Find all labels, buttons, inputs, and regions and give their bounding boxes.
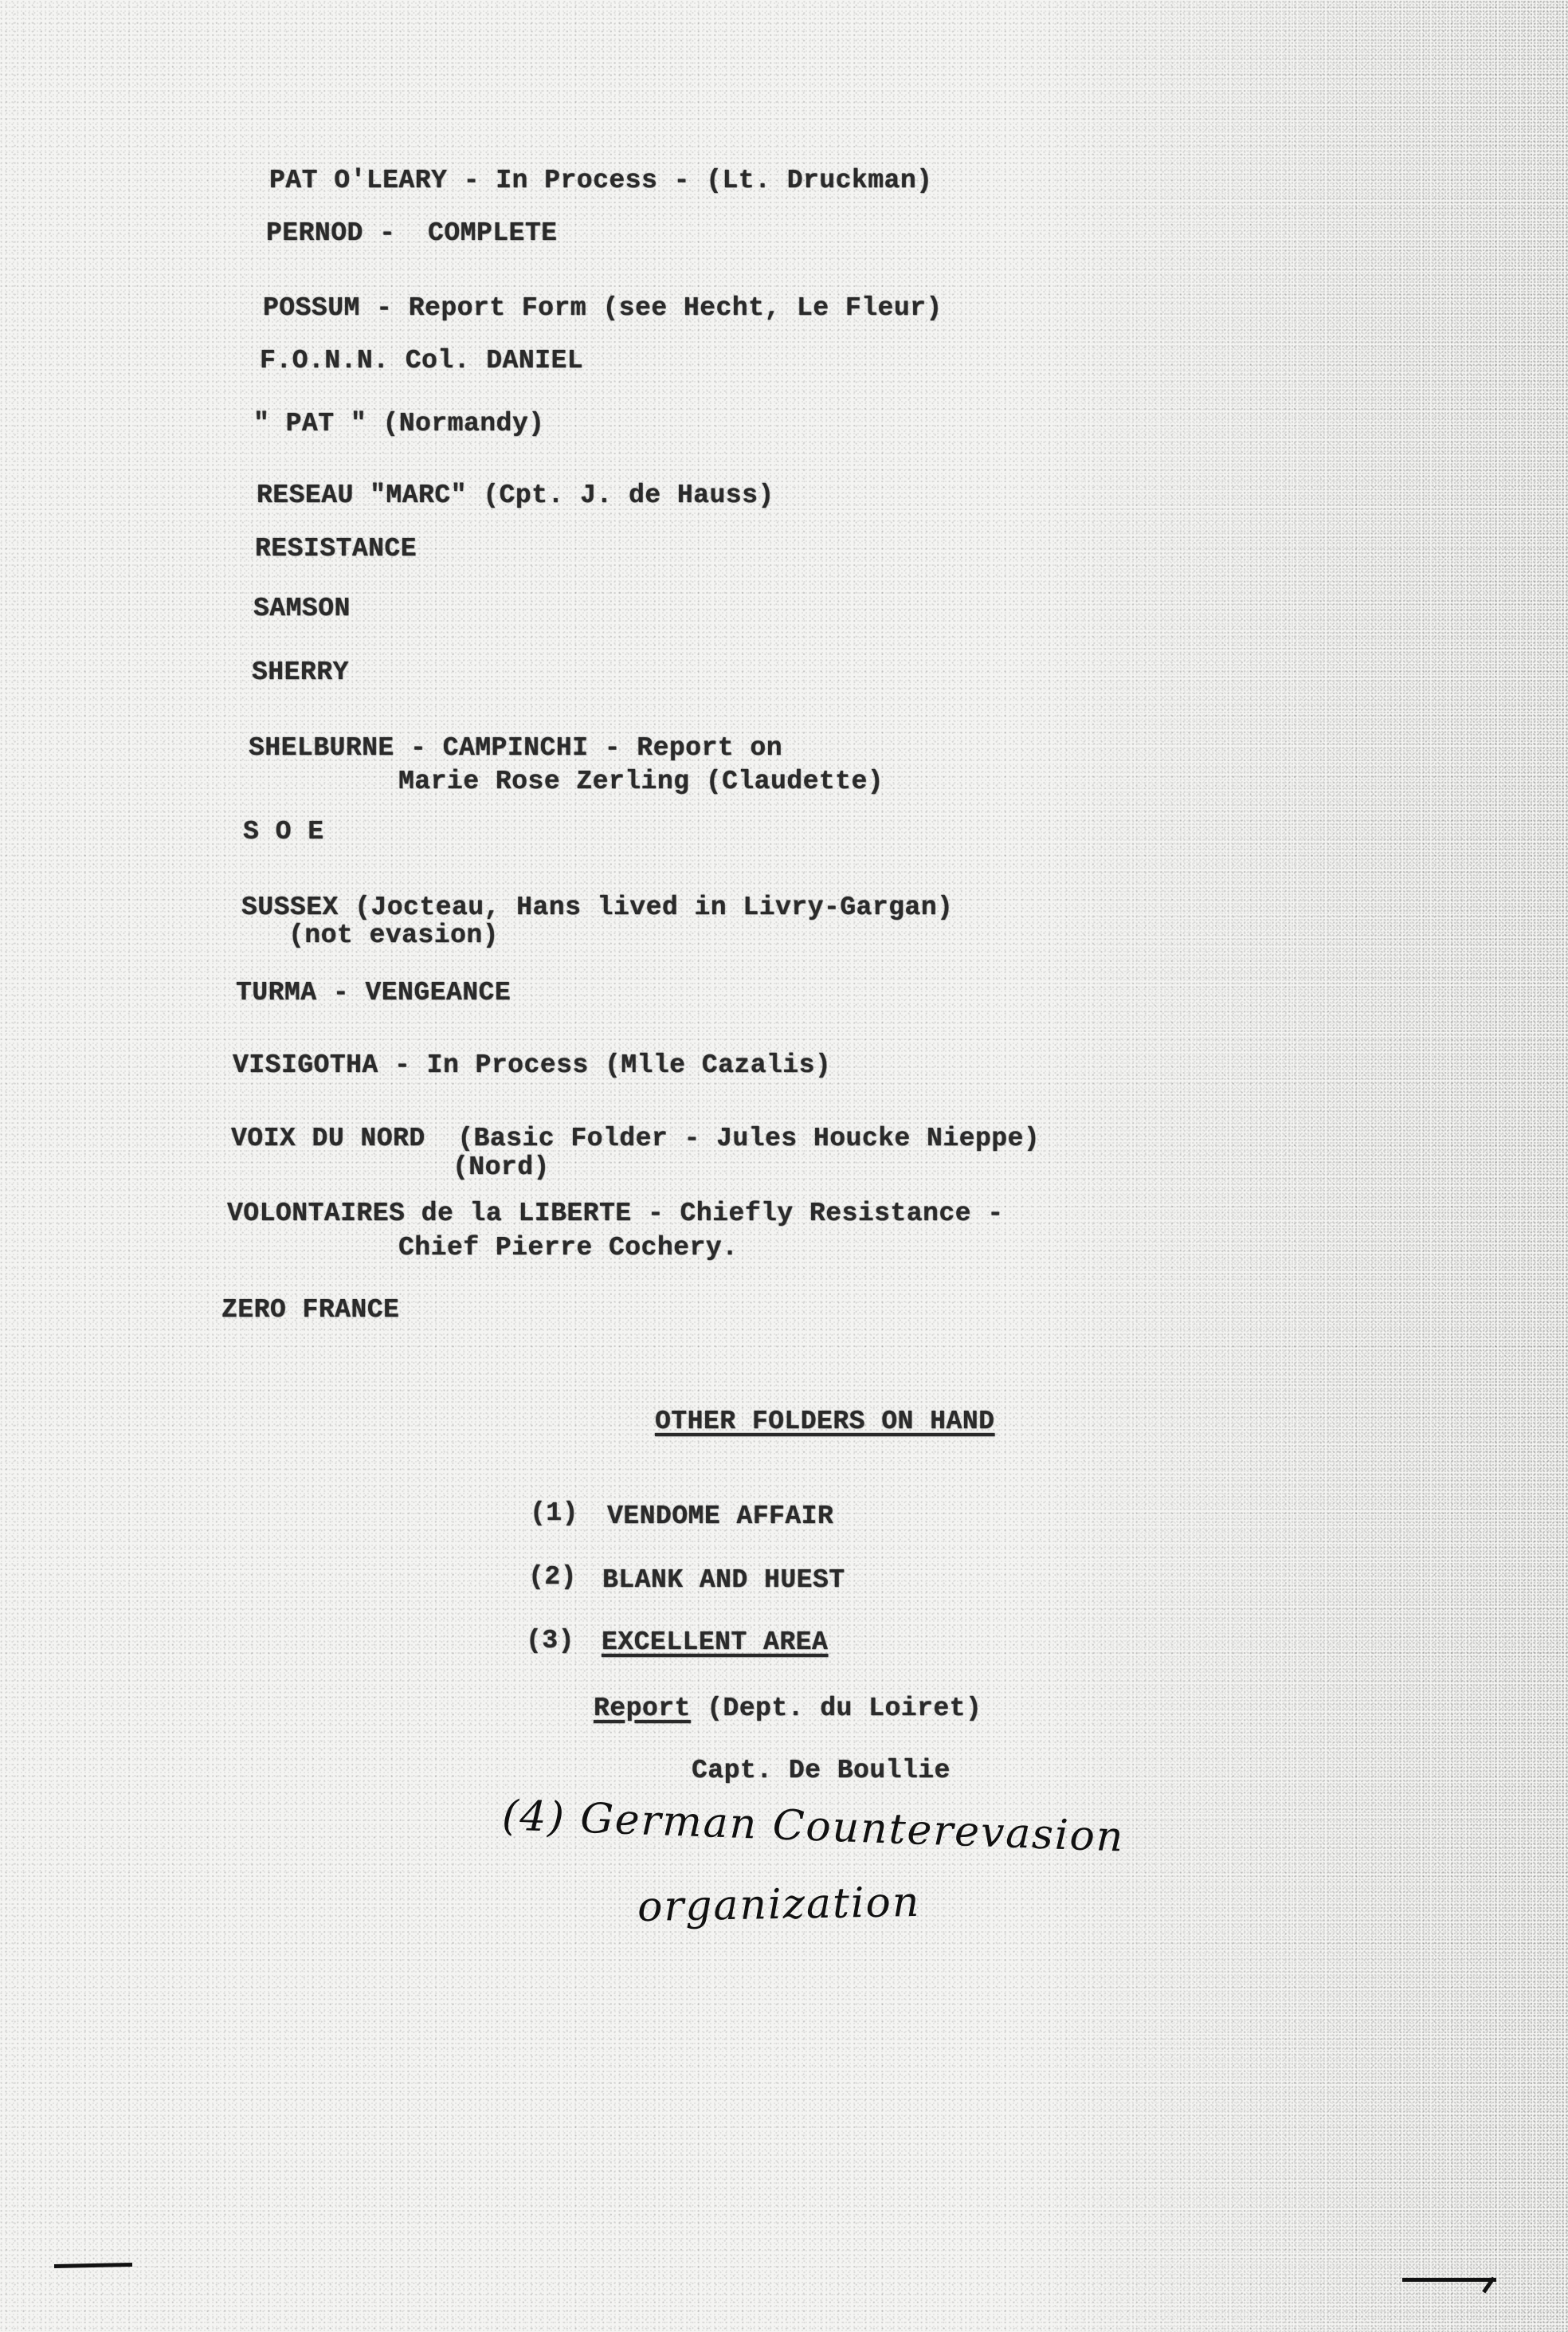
entry-samson: SAMSON <box>253 594 351 623</box>
entry-voix-du-nord: VOIX DU NORD (Basic Folder - Jules Houck… <box>231 1124 1040 1153</box>
margin-mark-right <box>1402 2278 1496 2282</box>
margin-mark-left <box>54 2263 132 2268</box>
other-folders-heading: OTHER FOLDERS ON HAND <box>655 1407 994 1436</box>
entry-turma: TURMA - VENGEANCE <box>236 978 511 1007</box>
handwritten-line-1: (4) German Counterevasion <box>501 1792 1125 1861</box>
entry-volontaires-continuation: Chief Pierre Cochery. <box>398 1233 738 1262</box>
entry-possum: POSSUM - Report Form (see Hecht, Le Fleu… <box>263 293 943 323</box>
entry-pernod: PERNOD - COMPLETE <box>266 218 557 248</box>
entry-sussex: SUSSEX (Jocteau, Hans lived in Livry-Gar… <box>241 893 953 922</box>
report-line: Report (Dept. du Loiret) <box>594 1694 982 1723</box>
entry-reseau-marc: RESEAU "MARC" (Cpt. J. de Hauss) <box>257 481 774 510</box>
entry-soe: S O E <box>243 817 324 846</box>
entry-volontaires: VOLONTAIRES de la LIBERTE - Chiefly Resi… <box>227 1199 1004 1228</box>
report-department: (Dept. du Loiret) <box>691 1694 982 1723</box>
entry-visigotha: VISIGOTHA - In Process (Mlle Cazalis) <box>233 1050 831 1080</box>
entry-fonn: F.O.N.N. Col. DANIEL <box>260 346 583 375</box>
report-word: Report <box>594 1694 691 1723</box>
entry-voix-du-nord-continuation: (Nord) <box>453 1152 550 1182</box>
entry-zero-france: ZERO FRANCE <box>221 1295 399 1325</box>
entry-shelburne: SHELBURNE - CAMPINCHI - Report on <box>249 733 782 763</box>
entry-resistance: RESISTANCE <box>255 534 417 563</box>
other-folder-label-2: BLANK AND HUEST <box>602 1565 845 1595</box>
other-folder-number-1: (1) <box>530 1498 578 1528</box>
paper-grain <box>1010 0 1568 2332</box>
other-folder-label-1: VENDOME AFFAIR <box>607 1502 833 1531</box>
entry-pat-normandy: " PAT " (Normandy) <box>253 409 544 438</box>
entry-sherry: SHERRY <box>252 658 349 687</box>
entry-sussex-continuation: (not evasion) <box>288 921 499 950</box>
other-folder-number-3: (3) <box>526 1626 574 1655</box>
other-folder-label-3: EXCELLENT AREA <box>602 1627 828 1657</box>
entry-shelburne-continuation: Marie Rose Zerling (Claudette) <box>398 767 884 796</box>
handwritten-line-2: organization <box>637 1879 921 1931</box>
entry-pat-oleary: PAT O'LEARY - In Process - (Lt. Druckman… <box>269 166 932 195</box>
other-folder-number-2: (2) <box>528 1562 577 1592</box>
signatory: Capt. De Boullie <box>692 1756 951 1785</box>
